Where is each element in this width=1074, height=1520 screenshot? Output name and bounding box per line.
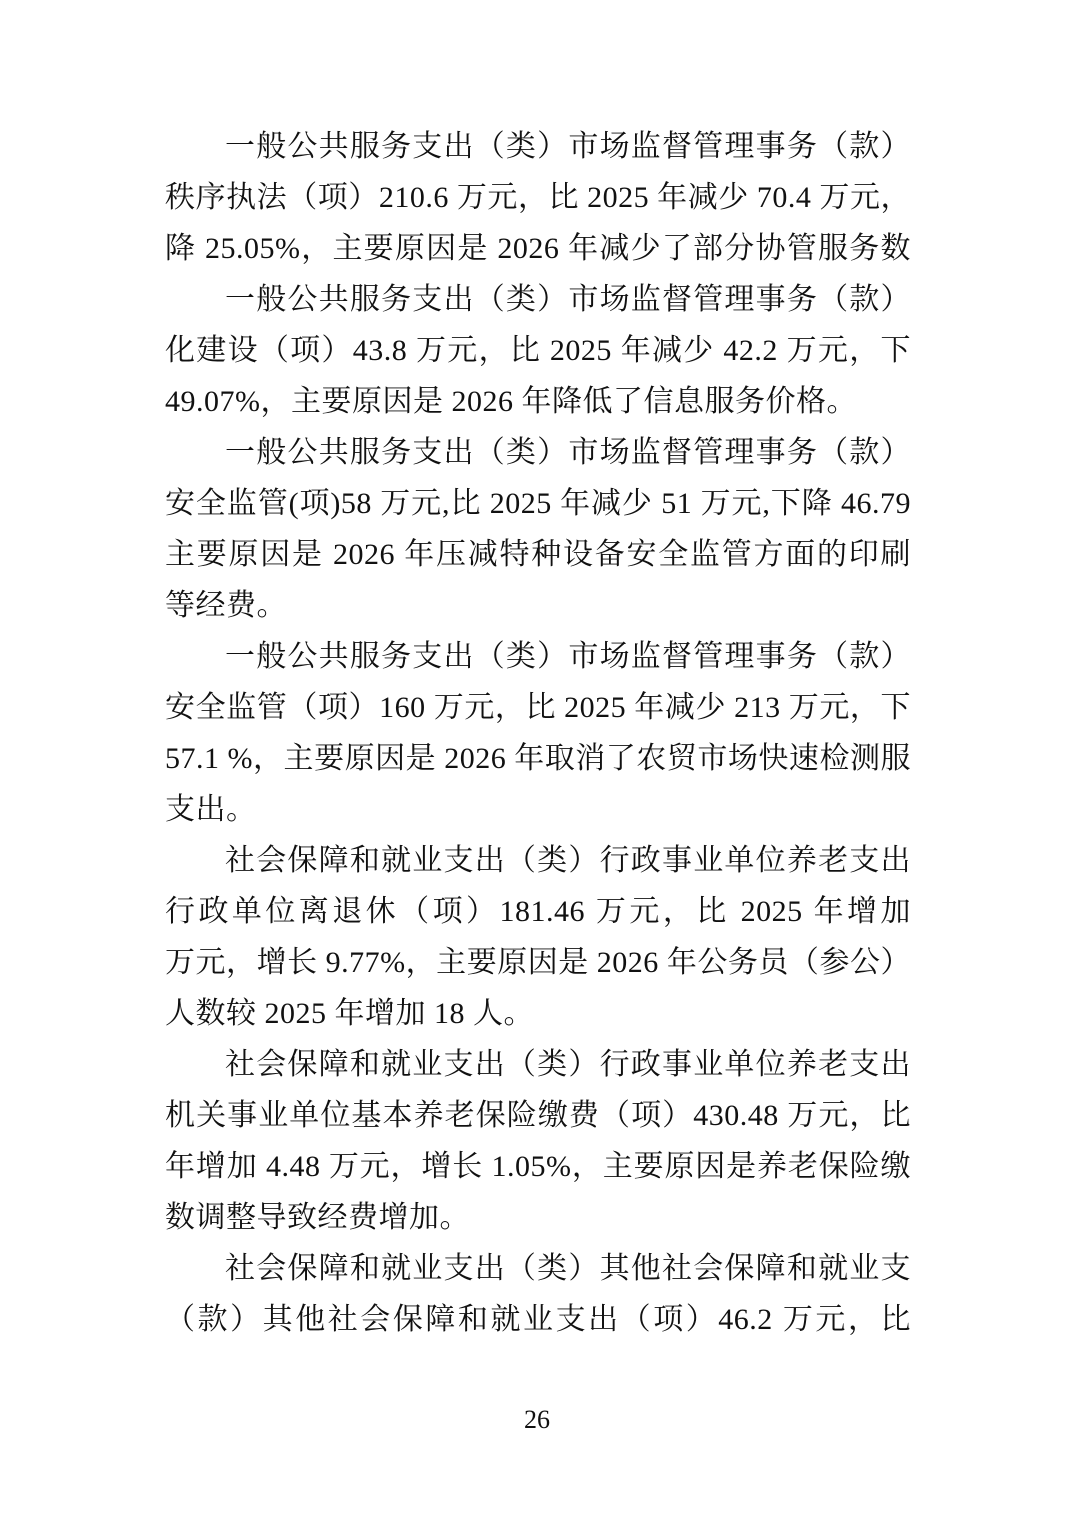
paragraph-line: 机关事业单位基本养老保险缴费（项）430.48 万元，比 2025 — [165, 1090, 911, 1141]
paragraph-line: 秩序执法（项）210.6 万元，比 2025 年减少 70.4 万元，下 — [165, 172, 911, 223]
paragraph: 一般公共服务支出（类）市场监督管理事务（款）信息 化建设（项）43.8 万元，比… — [165, 274, 911, 427]
paragraph-line: 一般公共服务支出（类）市场监督管理事务（款）市场 — [165, 121, 911, 172]
paragraph-line: 安全监管（项）160 万元，比 2025 年减少 213 万元，下降 — [165, 682, 911, 733]
paragraph: 社会保障和就业支出（类）其他社会保障和就业支出 （款）其他社会保障和就业支出（项… — [165, 1243, 911, 1345]
paragraph-line: 人数较 2025 年增加 18 人。 — [165, 988, 911, 1039]
page-number: 26 — [0, 1404, 1074, 1436]
paragraph-line: 主要原因是 2026 年压减特种设备安全监管方面的印刷服务 — [165, 529, 911, 580]
document-body: 一般公共服务支出（类）市场监督管理事务（款）市场 秩序执法（项）210.6 万元… — [165, 121, 911, 1345]
paragraph: 一般公共服务支出（类）市场监督管理事务（款）市场 秩序执法（项）210.6 万元… — [165, 121, 911, 274]
paragraph-line: 一般公共服务支出（类）市场监督管理事务（款）食品 — [165, 631, 911, 682]
paragraph-line: 社会保障和就业支出（类）行政事业单位养老支出（款） — [165, 1039, 911, 1090]
paragraph-line: 降 25.05%，主要原因是 2026 年减少了部分协管服务数量。 — [165, 223, 911, 274]
paragraph-line: （款）其他社会保障和就业支出（项）46.2 万元，比 2025 — [165, 1294, 911, 1345]
paragraph-line: 57.1 %，主要原因是 2026 年取消了农贸市场快速检测服务 — [165, 733, 911, 784]
paragraph: 一般公共服务支出（类）市场监督管理事务（款）食品 安全监管（项）160 万元，比… — [165, 631, 911, 835]
paragraph-line: 社会保障和就业支出（类）行政事业单位养老支出（款） — [165, 835, 911, 886]
paragraph: 一般公共服务支出（类）市场监督管理事务（款）质量 安全监管(项)58 万元,比 … — [165, 427, 911, 631]
paragraph-line: 数调整导致经费增加。 — [165, 1192, 911, 1243]
paragraph-line: 社会保障和就业支出（类）其他社会保障和就业支出 — [165, 1243, 911, 1294]
paragraph-line: 等经费。 — [165, 580, 911, 631]
paragraph-line: 年增加 4.48 万元，增长 1.05%，主要原因是养老保险缴费基 — [165, 1141, 911, 1192]
paragraph: 社会保障和就业支出（类）行政事业单位养老支出（款） 机关事业单位基本养老保险缴费… — [165, 1039, 911, 1243]
document-page: 一般公共服务支出（类）市场监督管理事务（款）市场 秩序执法（项）210.6 万元… — [0, 0, 1074, 1520]
paragraph-line: 化建设（项）43.8 万元，比 2025 年减少 42.2 万元，下降 — [165, 325, 911, 376]
paragraph: 社会保障和就业支出（类）行政事业单位养老支出（款） 行政单位离退休（项）181.… — [165, 835, 911, 1039]
paragraph-line: 安全监管(项)58 万元,比 2025 年减少 51 万元,下降 46.79 %… — [165, 478, 911, 529]
paragraph-line: 行政单位离退休（项）181.46 万元，比 2025 年增加 16.15 — [165, 886, 911, 937]
paragraph-line: 一般公共服务支出（类）市场监督管理事务（款）信息 — [165, 274, 911, 325]
paragraph-line: 49.07%，主要原因是 2026 年降低了信息服务价格。 — [165, 376, 911, 427]
paragraph-line: 一般公共服务支出（类）市场监督管理事务（款）质量 — [165, 427, 911, 478]
paragraph-line: 万元，增长 9.77%，主要原因是 2026 年公务员（参公）退休 — [165, 937, 911, 988]
paragraph-line: 支出。 — [165, 784, 911, 835]
